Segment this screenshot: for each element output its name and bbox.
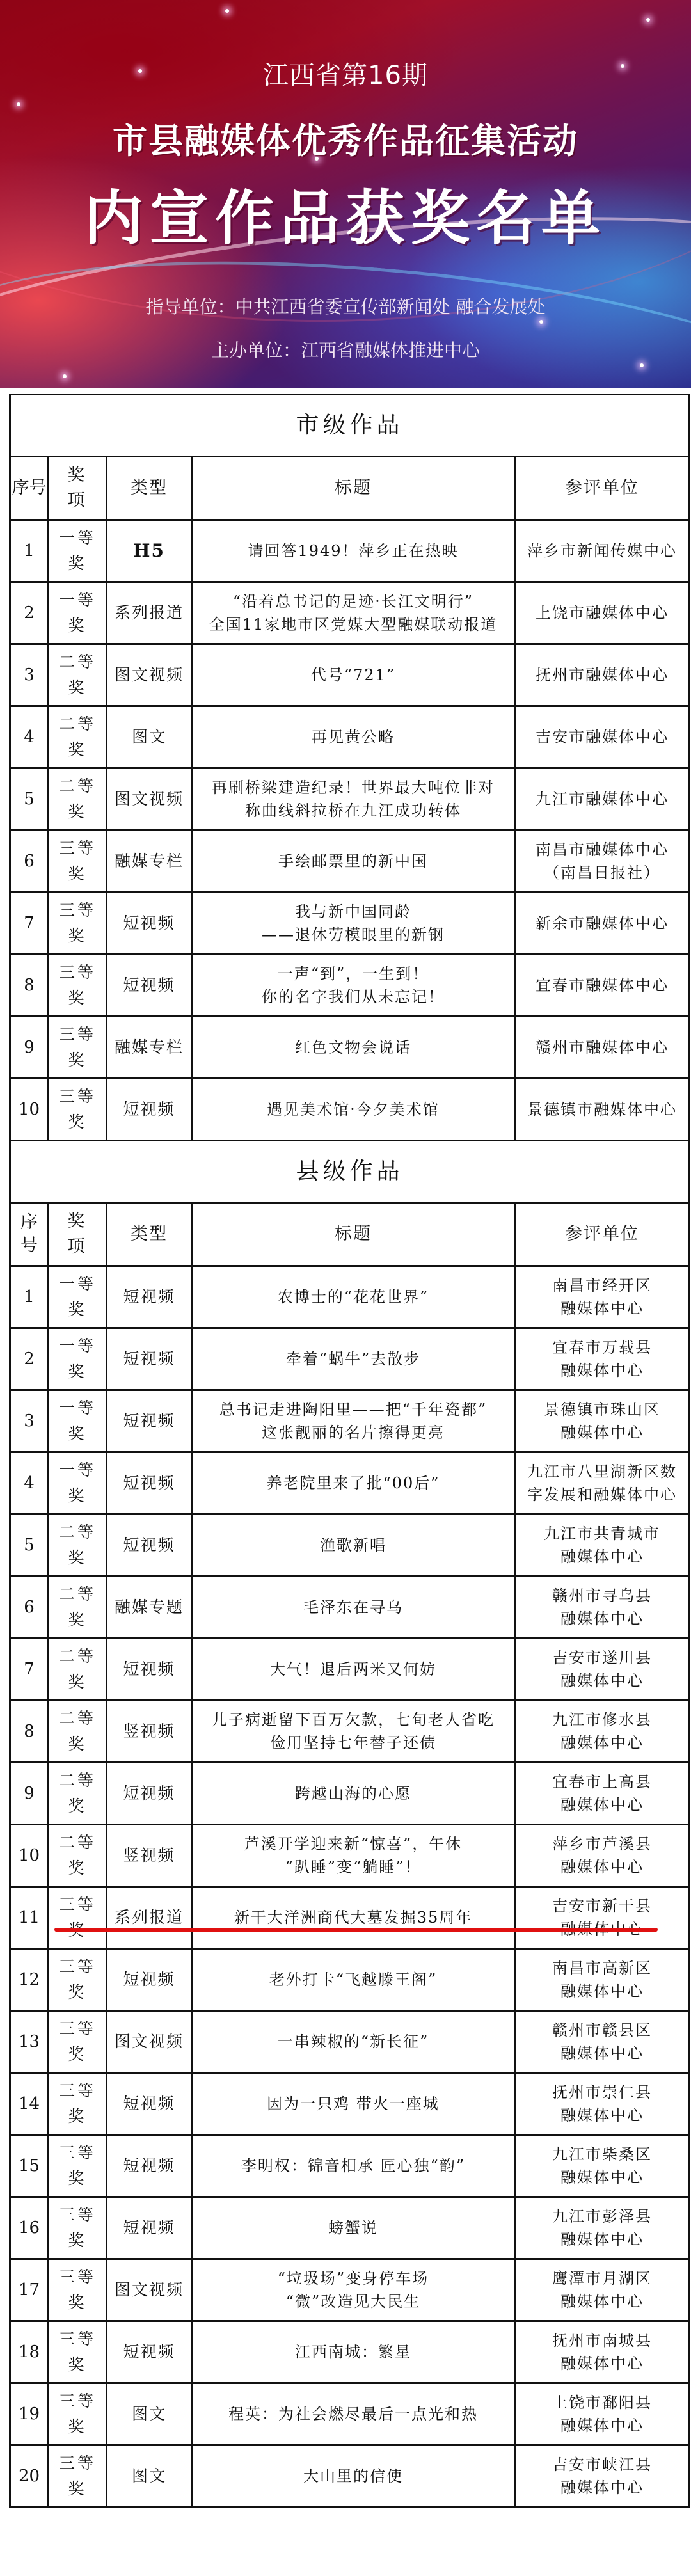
- work-type: 短视频: [107, 2321, 192, 2383]
- row-number: 9: [10, 1763, 49, 1825]
- award-level: 三等奖: [49, 2197, 107, 2259]
- award-level: 三等奖: [49, 2135, 107, 2197]
- table-row: 6二等奖融媒专题毛泽东在寻乌赣州市寻乌县 融媒体中心: [10, 1577, 690, 1639]
- submitting-unit: 南昌市高新区 融媒体中心: [515, 1949, 690, 2011]
- table-row: 14三等奖短视频因为一只鸡 带火一座城抚州市崇仁县 融媒体中心: [10, 2073, 690, 2135]
- submitting-unit: 南昌市融媒体中心 （南昌日报社）: [515, 831, 690, 893]
- work-type: 短视频: [107, 2135, 192, 2197]
- red-underline-annotation: [54, 1928, 658, 1932]
- work-type: 系列报道: [107, 1887, 192, 1949]
- submitting-unit: 南昌市经开区 融媒体中心: [515, 1266, 690, 1328]
- award-level: 一等奖: [49, 582, 107, 644]
- banner-event-title: 市县融媒体优秀作品征集活动: [0, 114, 691, 163]
- work-title: 一声“到”，一生到！ 你的名字我们从未忘记！: [192, 955, 515, 1017]
- submitting-unit: 九江市柴桑区 融媒体中心: [515, 2135, 690, 2197]
- work-type: 短视频: [107, 893, 192, 955]
- banner-host-unit: 主办单位：江西省融媒体推进中心: [0, 337, 691, 362]
- table-row: 13三等奖图文视频一串辣椒的“新长征”赣州市赣县区 融媒体中心: [10, 2011, 690, 2073]
- header-title: 标题: [192, 457, 515, 520]
- submitting-unit: 宜春市上高县 融媒体中心: [515, 1763, 690, 1825]
- submitting-unit: 赣州市融媒体中心: [515, 1017, 690, 1079]
- table-row: 4一等奖短视频养老院里来了批“00后”九江市八里湖新区数 字发展和融媒体中心: [10, 1452, 690, 1515]
- work-title: 红色文物会说话: [192, 1017, 515, 1079]
- row-number: 13: [10, 2011, 49, 2073]
- sparkle-icon: [646, 18, 650, 22]
- table-row: 10二等奖竖视频芦溪开学迎来新“惊喜”，午休 “趴睡”变“躺睡”！萍乡市芦溪县 …: [10, 1825, 690, 1887]
- row-number: 16: [10, 2197, 49, 2259]
- row-number: 9: [10, 1017, 49, 1079]
- section-header-city: 市级作品: [10, 395, 690, 457]
- submitting-unit: 九江市共青城市 融媒体中心: [515, 1515, 690, 1577]
- award-level: 二等奖: [49, 1515, 107, 1577]
- table-row: 11三等奖系列报道新干大洋洲商代大墓发掘35周年吉安市新干县 融媒体中心: [10, 1887, 690, 1949]
- work-title: 农博士的“花花世界”: [192, 1266, 515, 1328]
- work-title: 渔歌新唱: [192, 1515, 515, 1577]
- work-title: 代号“721”: [192, 644, 515, 706]
- work-title: 一串辣椒的“新长征”: [192, 2011, 515, 2073]
- submitting-unit: 萍乡市芦溪县 融媒体中心: [515, 1825, 690, 1887]
- table-row: 7三等奖短视频我与新中国同龄 ——退休劳模眼里的新钢新余市融媒体中心: [10, 893, 690, 955]
- award-level: 三等奖: [49, 893, 107, 955]
- table-row: 7二等奖短视频大气！退后两米又何妨吉安市遂川县 融媒体中心: [10, 1639, 690, 1701]
- work-type: 短视频: [107, 2197, 192, 2259]
- award-level: 三等奖: [49, 1949, 107, 2011]
- table-row: 2一等奖系列报道“沿着总书记的足迹·长江文明行” 全国11家地市区党媒大型融媒联…: [10, 582, 690, 644]
- work-type: 图文视频: [107, 644, 192, 706]
- award-level: 二等奖: [49, 1763, 107, 1825]
- work-title: 江西南城：繁星: [192, 2321, 515, 2383]
- work-title: 螃蟹说: [192, 2197, 515, 2259]
- submitting-unit: 新余市融媒体中心: [515, 893, 690, 955]
- table-row: 9二等奖短视频跨越山海的心愿宜春市上高县 融媒体中心: [10, 1763, 690, 1825]
- award-level: 三等奖: [49, 1017, 107, 1079]
- work-title: 手绘邮票里的新中国: [192, 831, 515, 893]
- table-row: 15三等奖短视频李明权：锦音相承 匠心独“韵”九江市柴桑区 融媒体中心: [10, 2135, 690, 2197]
- row-number: 5: [10, 768, 49, 831]
- award-level: 三等奖: [49, 2011, 107, 2073]
- work-title: 毛泽东在寻乌: [192, 1577, 515, 1639]
- banner-guide-unit: 指导单位：中共江西省委宣传部新闻处 融合发展处: [0, 293, 691, 319]
- award-level: 三等奖: [49, 1079, 107, 1141]
- work-title: 儿子病逝留下百万欠款，七旬老人省吃 俭用坚持七年替子还债: [192, 1701, 515, 1763]
- header-award: 奖项: [49, 457, 107, 520]
- table-row: 9三等奖融媒专栏红色文物会说话赣州市融媒体中心: [10, 1017, 690, 1079]
- sparkle-icon: [63, 374, 67, 378]
- row-number: 4: [10, 1452, 49, 1515]
- submitting-unit: 抚州市崇仁县 融媒体中心: [515, 2073, 690, 2135]
- table-row: 5二等奖短视频渔歌新唱九江市共青城市 融媒体中心: [10, 1515, 690, 1577]
- award-level: 三等奖: [49, 2073, 107, 2135]
- section-title: 县级作品: [10, 1141, 690, 1203]
- award-level: 二等奖: [49, 644, 107, 706]
- awards-table: 市级作品序号奖项类型标题参评单位1一等奖H5请回答1949！萍乡正在热映萍乡市新…: [9, 394, 690, 2508]
- table-row: 3一等奖短视频总书记走进陶阳里——把“千年瓷都” 这张靓丽的名片擦得更亮景德镇市…: [10, 1390, 690, 1452]
- table-row: 17三等奖图文视频“垃圾场”变身停车场 “微”改造见大民生鹰潭市月湖区 融媒体中…: [10, 2259, 690, 2321]
- work-type: 图文视频: [107, 2259, 192, 2321]
- work-type: 短视频: [107, 1763, 192, 1825]
- sparkle-icon: [539, 320, 543, 324]
- submitting-unit: 赣州市寻乌县 融媒体中心: [515, 1577, 690, 1639]
- work-type: 图文: [107, 2445, 192, 2508]
- work-title: 再见黄公略: [192, 706, 515, 768]
- work-type: 短视频: [107, 1328, 192, 1390]
- work-type: 融媒专题: [107, 1577, 192, 1639]
- row-number: 1: [10, 520, 49, 582]
- work-type: 图文: [107, 2383, 192, 2445]
- award-level: 三等奖: [49, 2321, 107, 2383]
- row-number: 1: [10, 1266, 49, 1328]
- header-title: 标题: [192, 1203, 515, 1266]
- submitting-unit: 上饶市鄱阳县 融媒体中心: [515, 2383, 690, 2445]
- table-row: 1一等奖H5请回答1949！萍乡正在热映萍乡市新闻传媒中心: [10, 520, 690, 582]
- row-number: 7: [10, 1639, 49, 1701]
- submitting-unit: 吉安市融媒体中心: [515, 706, 690, 768]
- work-title: “沿着总书记的足迹·长江文明行” 全国11家地市区党媒大型融媒联动报道: [192, 582, 515, 644]
- work-title: 牵着“蜗牛”去散步: [192, 1328, 515, 1390]
- row-number: 3: [10, 1390, 49, 1452]
- work-type: 图文: [107, 706, 192, 768]
- row-number: 4: [10, 706, 49, 768]
- submitting-unit: 宜春市万载县 融媒体中心: [515, 1328, 690, 1390]
- work-title: 李明权：锦音相承 匠心独“韵”: [192, 2135, 515, 2197]
- work-type: 竖视频: [107, 1825, 192, 1887]
- row-number: 8: [10, 1701, 49, 1763]
- row-number: 15: [10, 2135, 49, 2197]
- row-number: 2: [10, 582, 49, 644]
- row-number: 5: [10, 1515, 49, 1577]
- banner-main-title: 内宣作品获奖名单: [0, 171, 691, 256]
- work-title: 新干大洋洲商代大墓发掘35周年: [192, 1887, 515, 1949]
- row-number: 7: [10, 893, 49, 955]
- row-number: 3: [10, 644, 49, 706]
- row-number: 17: [10, 2259, 49, 2321]
- award-level: 二等奖: [49, 1825, 107, 1887]
- table-row: 10三等奖短视频遇见美术馆·今夕美术馆景德镇市融媒体中心: [10, 1079, 690, 1141]
- work-title: “垃圾场”变身停车场 “微”改造见大民生: [192, 2259, 515, 2321]
- header-unit: 参评单位: [515, 1203, 690, 1266]
- work-title: 芦溪开学迎来新“惊喜”，午休 “趴睡”变“躺睡”！: [192, 1825, 515, 1887]
- table-row: 12三等奖短视频老外打卡“飞越滕王阁”南昌市高新区 融媒体中心: [10, 1949, 690, 2011]
- work-title: 大气！退后两米又何妨: [192, 1639, 515, 1701]
- work-title: 养老院里来了批“00后”: [192, 1452, 515, 1515]
- row-number: 8: [10, 955, 49, 1017]
- work-type: 图文视频: [107, 2011, 192, 2073]
- submitting-unit: 九江市修水县 融媒体中心: [515, 1701, 690, 1763]
- header-no: 序 号: [10, 1203, 49, 1266]
- sparkle-icon: [225, 9, 229, 13]
- submitting-unit: 九江市彭泽县 融媒体中心: [515, 2197, 690, 2259]
- submitting-unit: 抚州市南城县 融媒体中心: [515, 2321, 690, 2383]
- work-title: 程英：为社会燃尽最后一点光和热: [192, 2383, 515, 2445]
- work-title: 老外打卡“飞越滕王阁”: [192, 1949, 515, 2011]
- submitting-unit: 九江市八里湖新区数 字发展和融媒体中心: [515, 1452, 690, 1515]
- work-type: 短视频: [107, 1266, 192, 1328]
- header-type: 类型: [107, 1203, 192, 1266]
- work-type: 融媒专栏: [107, 831, 192, 893]
- header-banner: 江西省第16期 市县融媒体优秀作品征集活动 内宣作品获奖名单 指导单位：中共江西…: [0, 0, 691, 388]
- work-type: 短视频: [107, 955, 192, 1017]
- award-level: 三等奖: [49, 2383, 107, 2445]
- sparkle-icon: [640, 363, 644, 367]
- submitting-unit: 九江市融媒体中心: [515, 768, 690, 831]
- row-number: 14: [10, 2073, 49, 2135]
- award-level: 三等奖: [49, 1887, 107, 1949]
- work-title: 再刷桥梁建造纪录！世界最大吨位非对 称曲线斜拉桥在九江成功转体: [192, 768, 515, 831]
- section-title: 市级作品: [10, 395, 690, 457]
- submitting-unit: 抚州市融媒体中心: [515, 644, 690, 706]
- sparkle-icon: [17, 102, 20, 106]
- submitting-unit: 鹰潭市月湖区 融媒体中心: [515, 2259, 690, 2321]
- work-title: 总书记走进陶阳里——把“千年瓷都” 这张靓丽的名片擦得更亮: [192, 1390, 515, 1452]
- table-row: 3二等奖图文视频代号“721”抚州市融媒体中心: [10, 644, 690, 706]
- row-number: 12: [10, 1949, 49, 2011]
- row-number: 6: [10, 1577, 49, 1639]
- work-type: 融媒专栏: [107, 1017, 192, 1079]
- header-type: 类型: [107, 457, 192, 520]
- row-number: 10: [10, 1825, 49, 1887]
- award-level: 三等奖: [49, 955, 107, 1017]
- award-level: 二等奖: [49, 1577, 107, 1639]
- award-level: 一等奖: [49, 1328, 107, 1390]
- award-level: 一等奖: [49, 1266, 107, 1328]
- award-level: 二等奖: [49, 1701, 107, 1763]
- header-award: 奖项: [49, 1203, 107, 1266]
- column-header-row: 序 号奖项类型标题参评单位: [10, 1203, 690, 1266]
- award-level: 一等奖: [49, 520, 107, 582]
- work-title: 遇见美术馆·今夕美术馆: [192, 1079, 515, 1141]
- work-title: 我与新中国同龄 ——退休劳模眼里的新钢: [192, 893, 515, 955]
- row-number: 10: [10, 1079, 49, 1141]
- award-level: 三等奖: [49, 831, 107, 893]
- award-level: 二等奖: [49, 706, 107, 768]
- submitting-unit: 萍乡市新闻传媒中心: [515, 520, 690, 582]
- award-level: 三等奖: [49, 2445, 107, 2508]
- row-number: 11: [10, 1887, 49, 1949]
- header-no: 序号: [10, 457, 49, 520]
- work-type: 短视频: [107, 1639, 192, 1701]
- table-row: 5二等奖图文视频再刷桥梁建造纪录！世界最大吨位非对 称曲线斜拉桥在九江成功转体九…: [10, 768, 690, 831]
- submitting-unit: 宜春市融媒体中心: [515, 955, 690, 1017]
- work-type: 竖视频: [107, 1701, 192, 1763]
- table-row: 20三等奖图文大山里的信使吉安市峡江县 融媒体中心: [10, 2445, 690, 2508]
- table-row: 16三等奖短视频螃蟹说九江市彭泽县 融媒体中心: [10, 2197, 690, 2259]
- row-number: 19: [10, 2383, 49, 2445]
- work-type: 图文视频: [107, 768, 192, 831]
- submitting-unit: 吉安市新干县 融媒体中心: [515, 1887, 690, 1949]
- work-title: 跨越山海的心愿: [192, 1763, 515, 1825]
- row-number: 18: [10, 2321, 49, 2383]
- submitting-unit: 景德镇市珠山区 融媒体中心: [515, 1390, 690, 1452]
- section-header-county: 县级作品: [10, 1141, 690, 1203]
- table-row: 18三等奖短视频江西南城：繁星抚州市南城县 融媒体中心: [10, 2321, 690, 2383]
- work-title: 大山里的信使: [192, 2445, 515, 2508]
- work-title: 请回答1949！萍乡正在热映: [192, 520, 515, 582]
- award-level: 三等奖: [49, 2259, 107, 2321]
- table-row: 4二等奖图文再见黄公略吉安市融媒体中心: [10, 706, 690, 768]
- table-row: 8三等奖短视频一声“到”，一生到！ 你的名字我们从未忘记！宜春市融媒体中心: [10, 955, 690, 1017]
- row-number: 2: [10, 1328, 49, 1390]
- row-number: 20: [10, 2445, 49, 2508]
- work-type: 短视频: [107, 1390, 192, 1452]
- work-type: 短视频: [107, 1452, 192, 1515]
- row-number: 6: [10, 831, 49, 893]
- award-level: 一等奖: [49, 1452, 107, 1515]
- submitting-unit: 上饶市融媒体中心: [515, 582, 690, 644]
- work-type: 系列报道: [107, 582, 192, 644]
- table-row: 1一等奖短视频农博士的“花花世界”南昌市经开区 融媒体中心: [10, 1266, 690, 1328]
- awards-table-body: 市级作品序号奖项类型标题参评单位1一等奖H5请回答1949！萍乡正在热映萍乡市新…: [10, 395, 690, 2508]
- work-type: 短视频: [107, 1515, 192, 1577]
- table-row: 8二等奖竖视频儿子病逝留下百万欠款，七旬老人省吃 俭用坚持七年替子还债九江市修水…: [10, 1701, 690, 1763]
- submitting-unit: 景德镇市融媒体中心: [515, 1079, 690, 1141]
- banner-subtitle: 江西省第16期: [0, 55, 691, 91]
- work-type: 短视频: [107, 1949, 192, 2011]
- submitting-unit: 赣州市赣县区 融媒体中心: [515, 2011, 690, 2073]
- table-row: 2一等奖短视频牵着“蜗牛”去散步宜春市万载县 融媒体中心: [10, 1328, 690, 1390]
- award-level: 一等奖: [49, 1390, 107, 1452]
- table-row: 19三等奖图文程英：为社会燃尽最后一点光和热上饶市鄱阳县 融媒体中心: [10, 2383, 690, 2445]
- header-unit: 参评单位: [515, 457, 690, 520]
- submitting-unit: 吉安市遂川县 融媒体中心: [515, 1639, 690, 1701]
- submitting-unit: 吉安市峡江县 融媒体中心: [515, 2445, 690, 2508]
- work-title: 因为一只鸡 带火一座城: [192, 2073, 515, 2135]
- work-type: 短视频: [107, 2073, 192, 2135]
- award-level: 二等奖: [49, 768, 107, 831]
- award-level: 二等奖: [49, 1639, 107, 1701]
- work-type: 短视频: [107, 1079, 192, 1141]
- work-type: H5: [107, 520, 192, 582]
- table-row: 6三等奖融媒专栏手绘邮票里的新中国南昌市融媒体中心 （南昌日报社）: [10, 831, 690, 893]
- column-header-row: 序号奖项类型标题参评单位: [10, 457, 690, 520]
